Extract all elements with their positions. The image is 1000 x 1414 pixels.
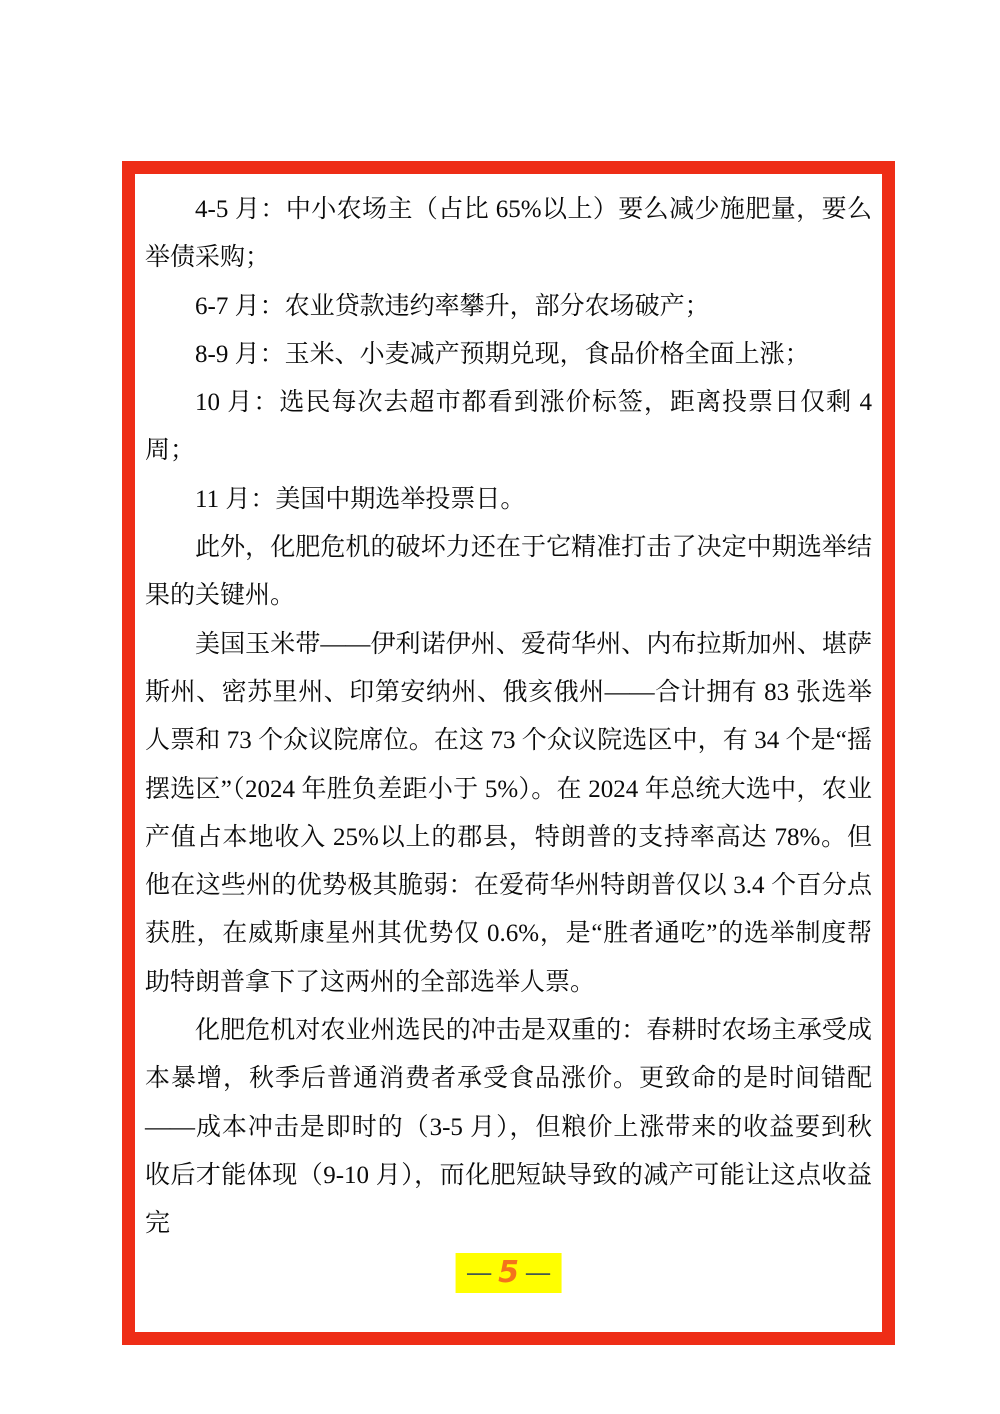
paragraph-timeline-aug-sep: 8-9 月：玉米、小麦减产预期兑现，食品价格全面上涨； xyxy=(145,331,872,379)
document-body: 4-5 月：中小农场主（占比 65%以上）要么减少施肥量，要么举债采购； 6-7… xyxy=(135,174,882,1249)
footer-dash-left: — xyxy=(467,1261,491,1285)
paragraph-corn-belt: 美国玉米带——伊利诺伊州、爱荷华州、内布拉斯加州、堪萨斯州、密苏里州、印第安纳州… xyxy=(145,621,872,1007)
paragraph-timeline-oct: 10 月：选民每次去超市都看到涨价标签，距离投票日仅剩 4 周； xyxy=(145,379,872,476)
paragraph-double-impact: 化肥危机对农业州选民的冲击是双重的：春耕时农场主承受成本暴增，秋季后普通消费者承… xyxy=(145,1007,872,1248)
footer-dash-right: — xyxy=(526,1261,550,1285)
paragraph-timeline-jun-jul: 6-7 月：农业贷款违约率攀升，部分农场破产； xyxy=(145,283,872,331)
document-page: 4-5 月：中小农场主（占比 65%以上）要么减少施肥量，要么举债采购； 6-7… xyxy=(0,0,1000,1414)
paragraph-key-states-intro: 此外，化肥危机的破坏力还在于它精准打击了决定中期选举结果的关键州。 xyxy=(145,524,872,621)
paragraph-timeline-apr-may: 4-5 月：中小农场主（占比 65%以上）要么减少施肥量，要么举债采购； xyxy=(145,186,872,283)
red-border-frame: 4-5 月：中小农场主（占比 65%以上）要么减少施肥量，要么举债采购； 6-7… xyxy=(122,161,895,1345)
paragraph-timeline-nov: 11 月：美国中期选举投票日。 xyxy=(145,476,872,524)
page-number: 5 xyxy=(498,1258,519,1288)
page-number-footer: — 5 — xyxy=(455,1253,562,1293)
